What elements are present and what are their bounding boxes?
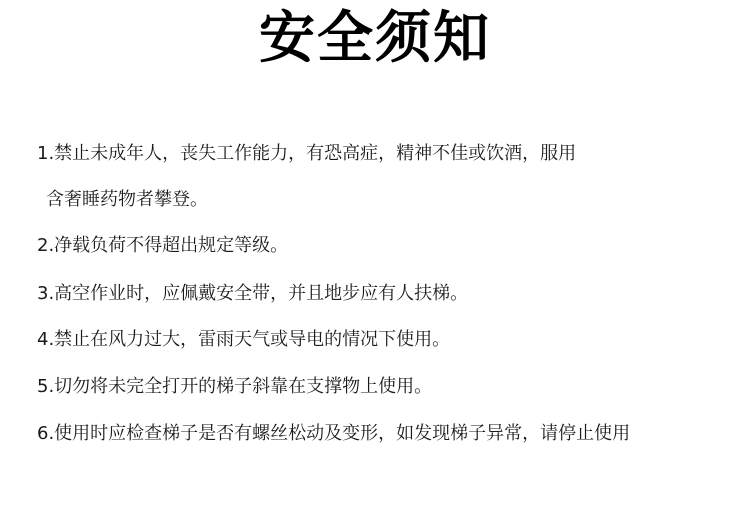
safety-item-3: 3.高空作业时，应佩戴安全带，并且地步应有人扶梯。 [37,282,468,306]
safety-item-4: 4.禁止在风力过大，雷雨天气或导电的情况下使用。 [37,328,450,352]
safety-item-2: 2.净载负荷不得超出规定等级。 [37,234,288,258]
safety-item-6: 6.使用时应检查梯子是否有螺丝松动及变形，如发现梯子异常，请停止使用 [37,422,630,446]
safety-item-5: 5.切勿将未完全打开的梯子斜靠在支撑物上使用。 [37,375,432,399]
safety-item-1: 1.禁止未成年人，丧失工作能力，有恐高症，精神不佳或饮酒，服用 [37,142,576,166]
safety-item-1-continued: 含奢睡药物者攀登。 [46,188,208,212]
page-title: 安全须知 [0,6,750,72]
